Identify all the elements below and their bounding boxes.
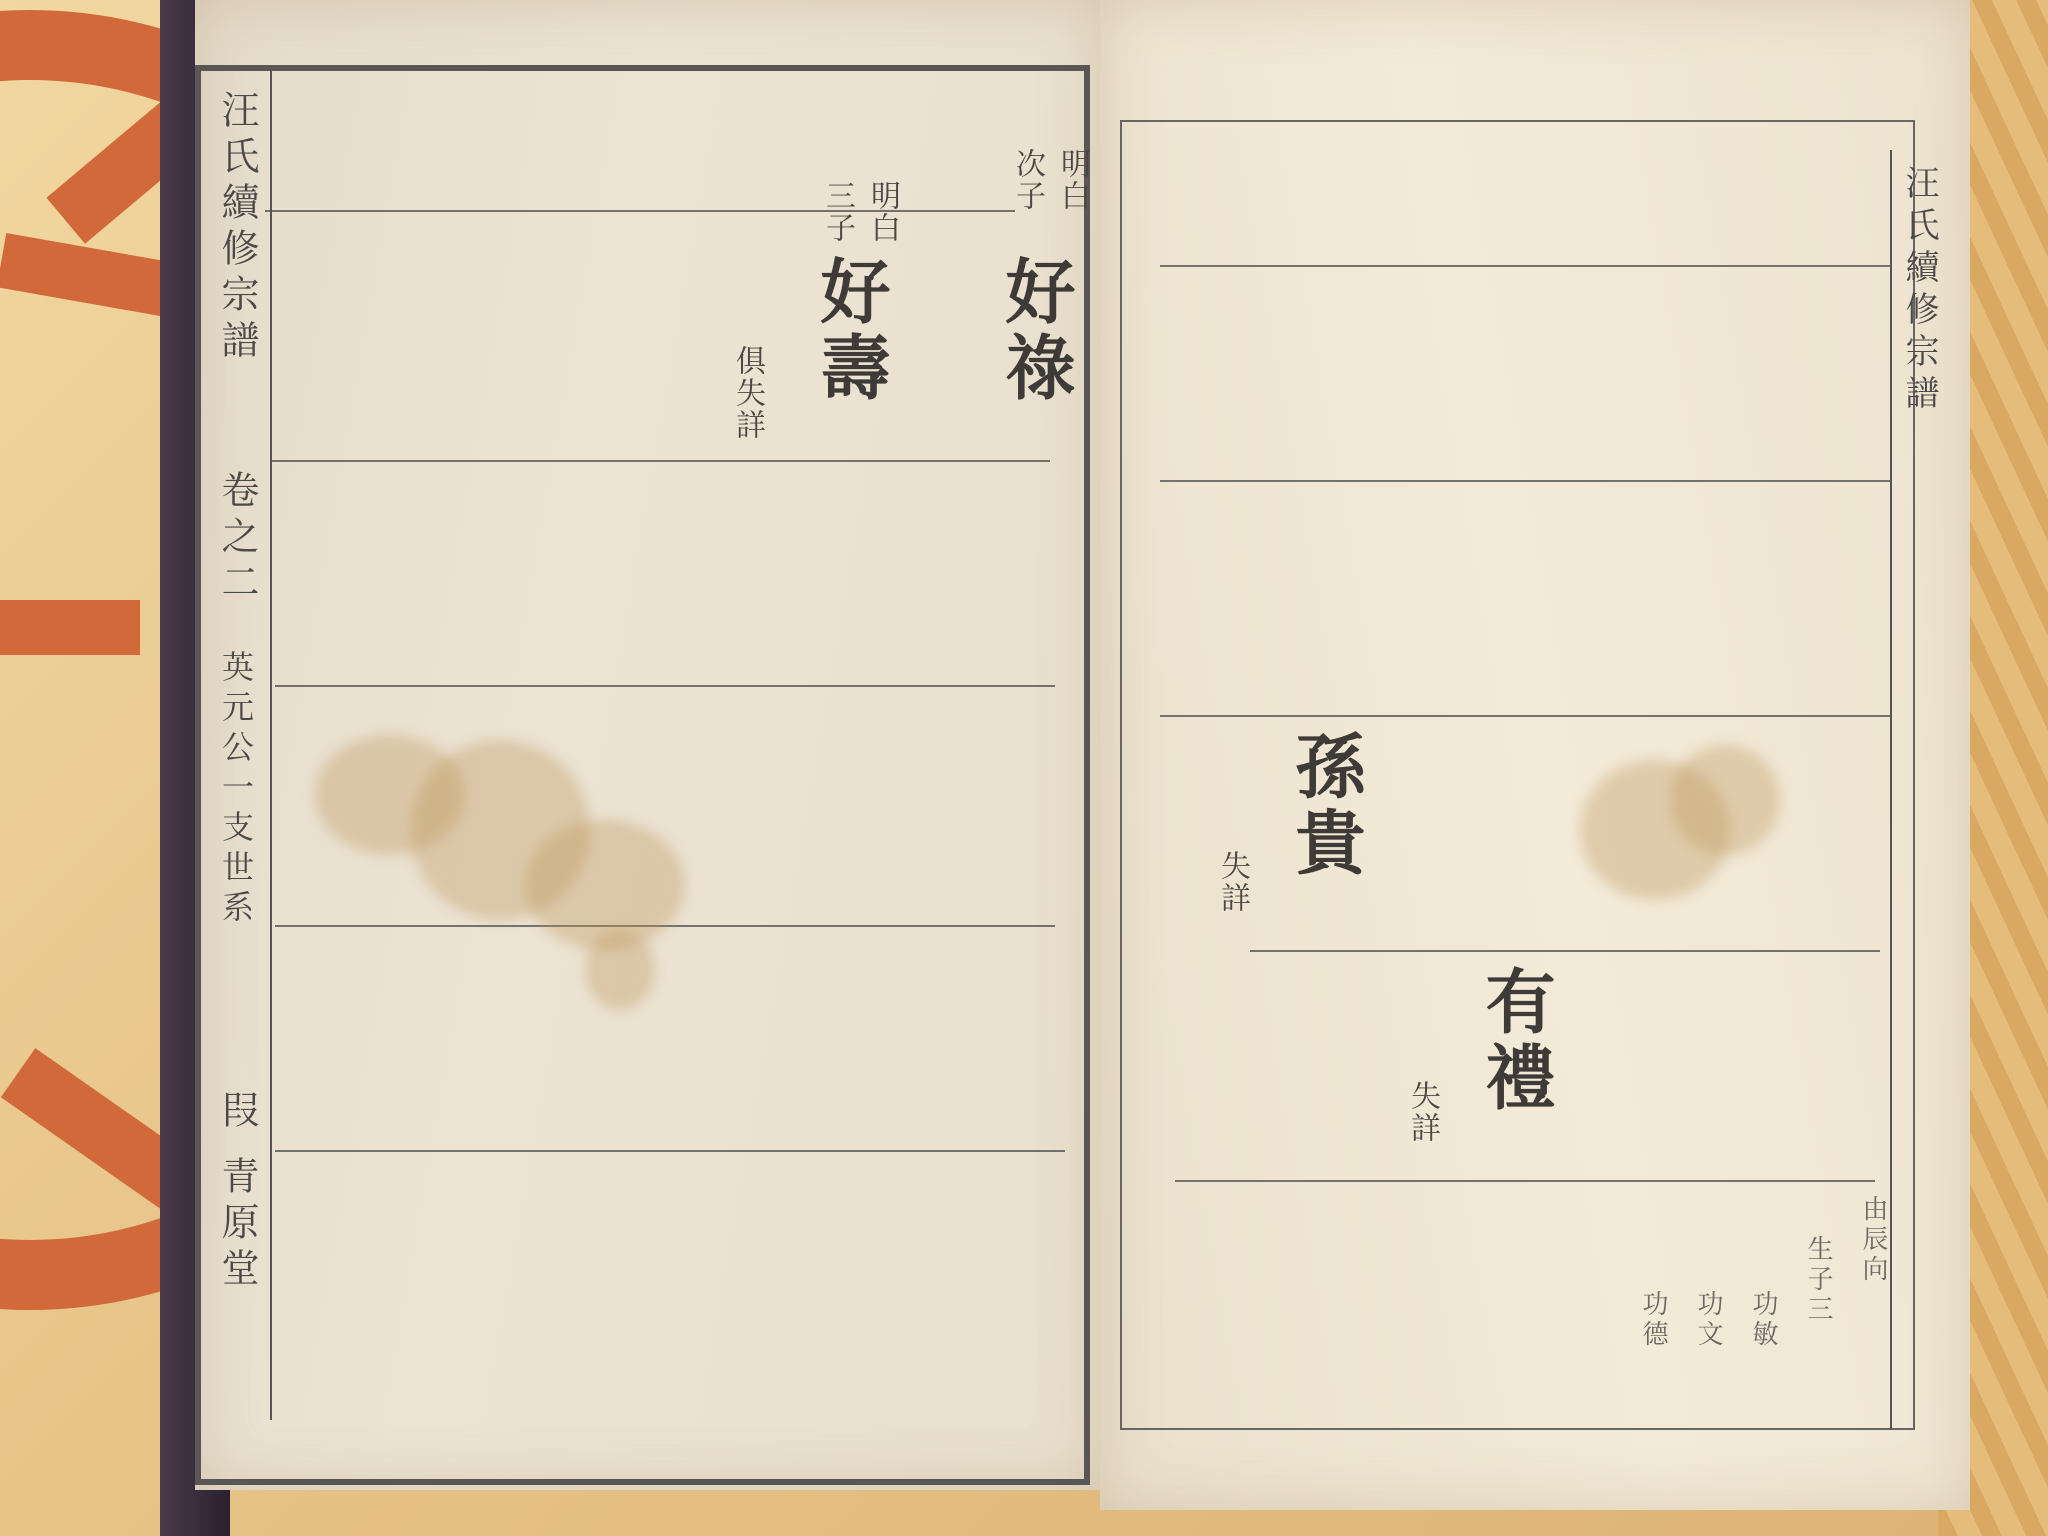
relation-father: 明白 bbox=[860, 180, 904, 244]
person-name: 孫貴 bbox=[1275, 730, 1376, 882]
row-rule bbox=[1250, 950, 1880, 952]
spine-branch: 英元公一支世系 bbox=[213, 650, 259, 930]
cloth-pattern-bar bbox=[0, 600, 140, 655]
row-rule bbox=[1160, 480, 1890, 482]
left-page: 汪氏續修宗譜 卷之二 英元公一支世系 叚 青原堂 明白 次子 好祿 明白 三子 … bbox=[195, 0, 1100, 1490]
relation-order: 三子 bbox=[815, 180, 859, 244]
person-name: 好祿 bbox=[985, 255, 1086, 407]
spine-title: 汪氏續修宗譜 bbox=[210, 90, 265, 366]
row-rule bbox=[275, 1150, 1065, 1152]
person-name: 有禮 bbox=[1465, 965, 1566, 1117]
spine-volume: 卷之二 bbox=[210, 470, 265, 608]
note-details-lost: 失詳 bbox=[1400, 1080, 1444, 1144]
spine-hall: 叚 青原堂 bbox=[210, 1090, 265, 1294]
son-name: 功文 bbox=[1690, 1290, 1727, 1350]
son-name: 功德 bbox=[1635, 1290, 1672, 1350]
footer-note: 由辰向 bbox=[1855, 1195, 1892, 1285]
footer-note: 生子三 bbox=[1800, 1235, 1837, 1325]
row-rule bbox=[270, 460, 1050, 462]
spine-divider bbox=[270, 70, 272, 1420]
note-details-lost: 俱失詳 bbox=[725, 345, 769, 441]
son-name: 功敏 bbox=[1745, 1290, 1782, 1350]
row-rule bbox=[1160, 715, 1890, 717]
relation-father: 明白 bbox=[1050, 148, 1094, 212]
row-rule bbox=[275, 685, 1055, 687]
water-stain bbox=[525, 820, 685, 950]
water-stain bbox=[585, 930, 655, 1010]
spine-title: 汪氏續修宗譜 bbox=[1895, 165, 1944, 417]
person-name: 好壽 bbox=[800, 255, 901, 407]
page-border bbox=[1120, 120, 1915, 1430]
row-rule bbox=[1160, 265, 1890, 267]
note-details-lost: 失詳 bbox=[1210, 850, 1254, 914]
row-rule bbox=[1175, 1180, 1875, 1182]
water-stain bbox=[1670, 745, 1780, 855]
relation-order: 次子 bbox=[1005, 148, 1049, 212]
right-page: 汪氏續修宗譜 孫貴 失詳 有禮 失詳 由辰向 生子三 功敏 功文 功德 bbox=[1100, 0, 1970, 1510]
